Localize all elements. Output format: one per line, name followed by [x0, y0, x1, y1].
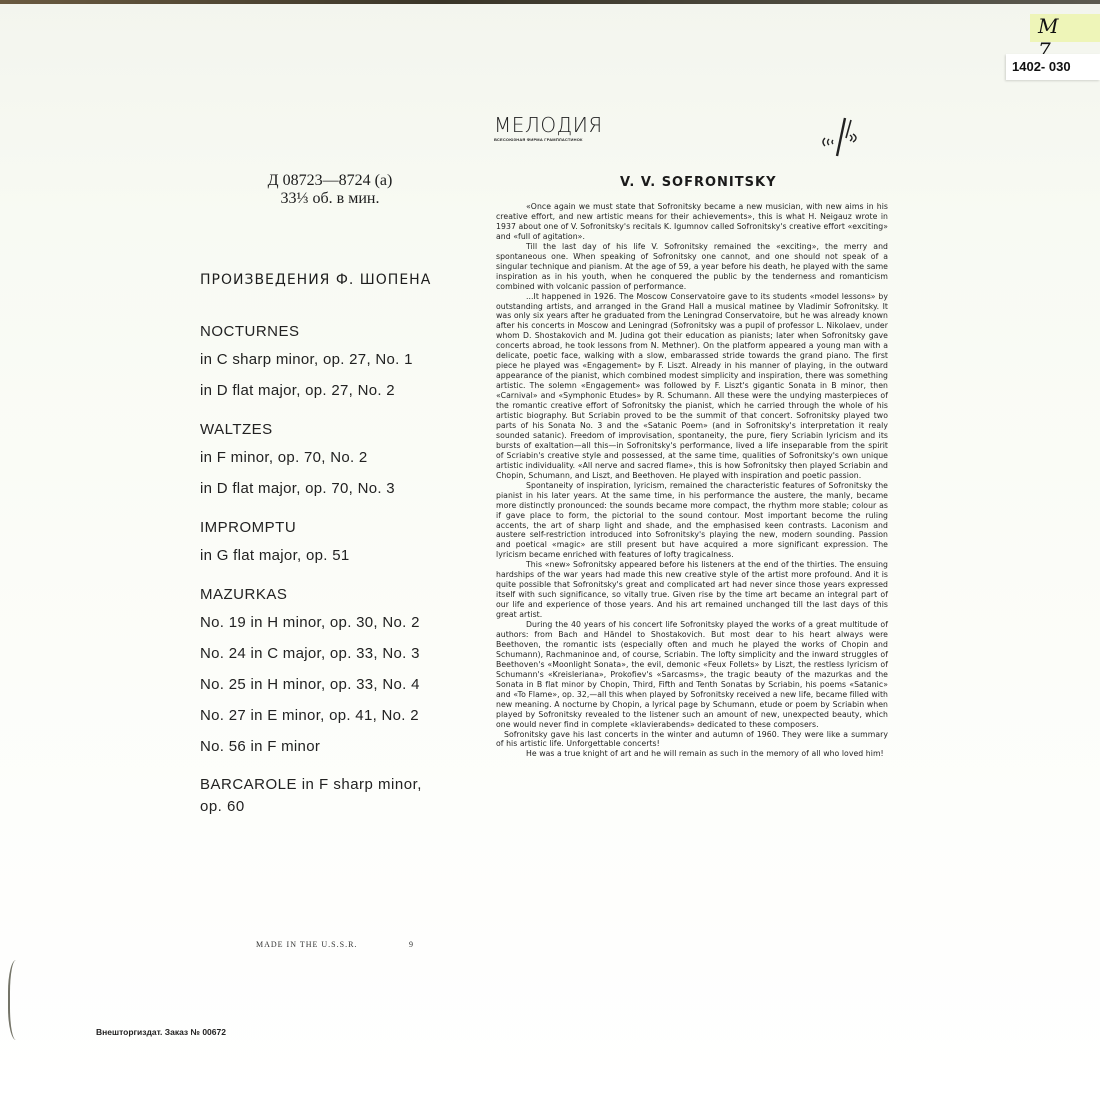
side-number: 9: [409, 940, 413, 949]
biography-title: V. V. SOFRONITSKY: [620, 175, 777, 190]
group-heading: WALTZES: [200, 418, 460, 442]
sleeve-tear: [8, 960, 28, 1040]
logo-subtitle: ВСЕСОЮЗНАЯ ФИРМА ГРАМПЛАСТИНОК: [494, 137, 603, 142]
made-in-label: MADE IN THE U.S.S.R.: [256, 940, 357, 949]
record-catalog-info: Д 08723—8724 (а) 33⅓ об. в мин.: [255, 172, 405, 208]
work-item: in F minor, op. 70, No. 2: [200, 442, 460, 473]
works-list: NOCTURNES in C sharp minor, op. 27, No. …: [200, 320, 460, 830]
bio-paragraph: Sofronitsky gave his last concerts in th…: [496, 730, 888, 750]
group-impromptu: IMPROMPTU in G flat major, op. 51: [200, 516, 460, 571]
work-item: No. 19 in H minor, op. 30, No. 2: [200, 607, 460, 638]
group-heading: IMPROMPTU: [200, 516, 460, 540]
publisher-order: Внешторгиздат. Заказ № 00672: [96, 1027, 226, 1037]
work-item: in G flat major, op. 51: [200, 540, 460, 571]
group-heading: BARCAROLE in F sharp minor, op. 60: [200, 774, 440, 818]
catalog-sticker: 1402- 030: [1006, 54, 1100, 80]
group-mazurkas: MAZURKAS No. 19 in H minor, op. 30, No. …: [200, 583, 460, 762]
work-item: No. 56 in F minor: [200, 731, 460, 762]
bio-paragraph: He was a true knight of art and he will …: [496, 749, 888, 759]
melodiya-logo: МЕЛОДИЯ ВСЕСОЮЗНАЯ ФИРМА ГРАМПЛАСТИНОК: [494, 114, 603, 142]
playback-speed: 33⅓ об. в мин.: [255, 190, 405, 208]
biography-text: «Once again we must state that Sofronits…: [496, 202, 888, 759]
bio-paragraph: During the 40 years of his concert life …: [496, 620, 888, 729]
bio-paragraph: This «new» Sofronitsky appeared before h…: [496, 560, 888, 620]
group-waltzes: WALTZES in F minor, op. 70, No. 2 in D f…: [200, 418, 460, 504]
group-nocturnes: NOCTURNES in C sharp minor, op. 27, No. …: [200, 320, 460, 406]
work-item: No. 25 in H minor, op. 33, No. 4: [200, 669, 460, 700]
work-item: in D flat major, op. 70, No. 3: [200, 473, 460, 504]
bio-paragraph: «Once again we must state that Sofronits…: [496, 202, 888, 242]
logo-wordmark: МЕЛОДИЯ: [494, 114, 603, 136]
sleeve-top-edge: [0, 0, 1100, 4]
bio-paragraph: Till the last day of his life V. Sofroni…: [496, 242, 888, 292]
work-item: in D flat major, op. 27, No. 2: [200, 375, 460, 406]
melodiya-emblem-icon: [815, 112, 865, 162]
bio-paragraph: ...It happened in 1926. The Moscow Conse…: [496, 292, 888, 481]
group-heading: NOCTURNES: [200, 320, 460, 344]
group-barcarole: BARCAROLE in F sharp minor, op. 60: [200, 774, 460, 818]
work-item: in C sharp minor, op. 27, No. 1: [200, 344, 460, 375]
program-title: ПРОИЗВЕДЕНИЯ Ф. ШОПЕНА: [200, 272, 431, 288]
work-item: No. 24 in C major, op. 33, No. 3: [200, 638, 460, 669]
catalog-number: Д 08723—8724 (а): [255, 172, 405, 190]
group-heading: MAZURKAS: [200, 583, 460, 607]
work-item: No. 27 in E minor, op. 41, No. 2: [200, 700, 460, 731]
bio-paragraph: Spontaneity of inspiration, lyricism, re…: [496, 481, 888, 561]
